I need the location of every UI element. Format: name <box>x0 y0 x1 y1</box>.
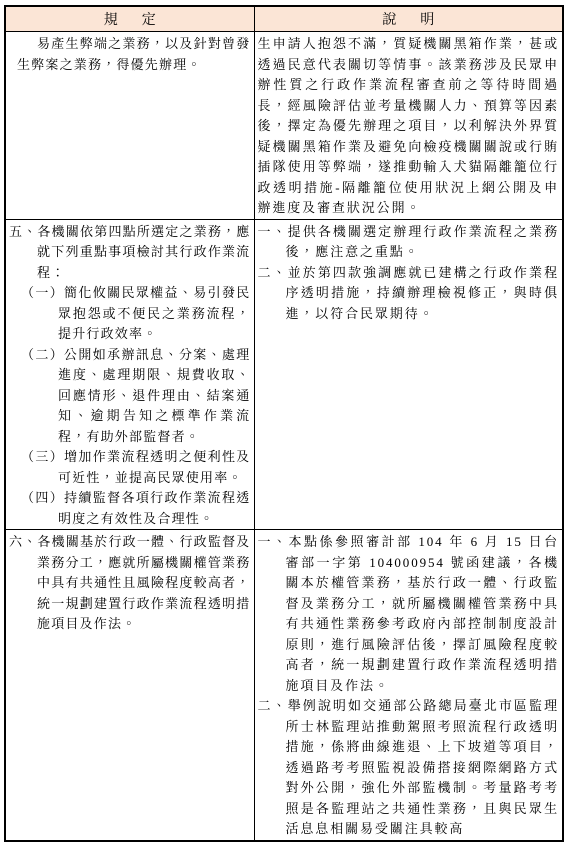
table-row: 五、各機關依第四點所選定之業務，應就下列重點事項檢討其行政作業流程：（一）簡化攸… <box>5 219 563 530</box>
explanation-header-label: 說明 <box>358 13 458 28</box>
regulation-cell: 易產生弊端之業務，以及針對曾發生弊案之業務，得優先辦理。 <box>5 32 254 220</box>
regulation-cell: 五、各機關依第四點所選定之業務，應就下列重點事項檢討其行政作業流程：（一）簡化攸… <box>5 219 254 530</box>
explanation-cell: 一、本點係參照審計部 104 年 6 月 15 日台審部一字第 10400095… <box>254 530 563 802</box>
paragraph: 六、各機關基於行政一體、行政監督及業務分工，應就所屬機關權管業務中具有共通性且風… <box>37 532 251 635</box>
paragraph: 五、各機關依第四點所選定之業務，應就下列重點事項檢討其行政作業流程： <box>37 222 251 284</box>
paragraph: （一）簡化攸關民眾權益、易引發民眾抱怨或不便民之業務流程，提升行政效率。 <box>58 283 251 345</box>
paragraph: 易產生弊端之業務，以及針對曾發生弊案之業務，得優先辦理。 <box>17 34 251 75</box>
paragraph: 二、舉例說明如交通部公路總局臺北市區監理所士林監理站推動駕照考照流程行政透明措施… <box>286 696 560 801</box>
explanation-cell: 生申請人抱怨不滿，質疑機關黑箱作業，甚或透過民意代表關切等情事。該業務涉及民眾申… <box>254 32 563 220</box>
explanation-cell: 一、提供各機關選定辦理行政作業流程之業務後，應注意之重點。二、並於第四款強調應就… <box>254 219 563 530</box>
table-row: 六、各機關基於行政一體、行政監督及業務分工，應就所屬機關權管業務中具有共通性且風… <box>5 530 563 802</box>
paragraph: 一、提供各機關選定辦理行政作業流程之業務後，應注意之重點。 <box>286 222 560 263</box>
regulation-header-label: 規定 <box>80 13 180 28</box>
table-body: 易產生弊端之業務，以及針對曾發生弊案之業務，得優先辦理。生申請人抱怨不滿，質疑機… <box>5 32 563 802</box>
regulation-cell: 六、各機關基於行政一體、行政監督及業務分工，應就所屬機關權管業務中具有共通性且風… <box>5 530 254 802</box>
paragraph: （三）增加作業流程透明之便利性及可近性，並提高民眾使用率。 <box>58 447 251 488</box>
column-header-regulation: 規定 <box>5 6 254 32</box>
paragraph: （四）持續監督各項行政作業流程透明度之有效性及合理性。 <box>58 488 251 529</box>
column-header-explanation: 說明 <box>254 6 563 32</box>
regulation-explanation-table: 規定 說明 易產生弊端之業務，以及針對曾發生弊案之業務，得優先辦理。生申請人抱怨… <box>4 5 564 801</box>
paragraph: 二、並於第四款強調應就已建構之行政作業程序透明措施，持續辦理檢視修正，與時俱進，… <box>286 263 560 325</box>
paragraph: 生申請人抱怨不滿，質疑機關黑箱作業，甚或透過民意代表關切等情事。該業務涉及民眾申… <box>258 34 560 219</box>
header-row: 規定 說明 <box>5 6 563 32</box>
paragraph: 一、本點係參照審計部 104 年 6 月 15 日台審部一字第 10400095… <box>286 532 560 696</box>
paragraph: （二）公開如承辦訊息、分案、處理進度、處理期限、規費收取、回應情形、退件理由、結… <box>58 345 251 448</box>
table-row: 易產生弊端之業務，以及針對曾發生弊案之業務，得優先辦理。生申請人抱怨不滿，質疑機… <box>5 32 563 220</box>
